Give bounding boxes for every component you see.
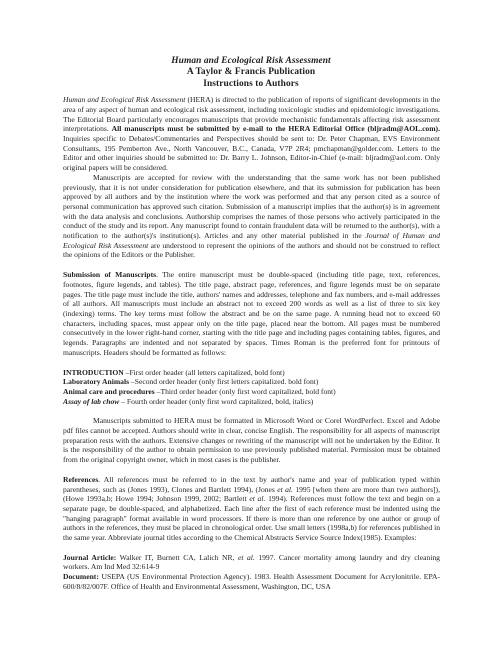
text-run: Manuscripts submitted to HERA must be fo… bbox=[63, 416, 440, 464]
text-run: – Fourth order header (only first word c… bbox=[119, 397, 313, 406]
header-example-third-order: Animal care and procedures –Third order … bbox=[63, 387, 440, 397]
document-title-block: Human and Ecological Risk Assessment A T… bbox=[0, 0, 502, 90]
review-policy-paragraph: Manuscripts are accepted for review with… bbox=[63, 173, 440, 260]
header-example-first-order: INTRODUCTION –First order header (all le… bbox=[63, 368, 440, 378]
text-run: Submission of Manuscripts bbox=[63, 270, 156, 279]
intro-paragraph: Human and Ecological Risk Assessment (HE… bbox=[63, 95, 440, 173]
text-run: Human and Ecological Risk Assessment bbox=[63, 95, 185, 104]
journal-article-example: Journal Article: Walker IT, Burnett CA, … bbox=[63, 553, 440, 572]
text-run: . The entire manuscript must be double-s… bbox=[63, 270, 440, 357]
file-format-paragraph: Manuscripts submitted to HERA must be fo… bbox=[63, 416, 440, 465]
journal-title: Human and Ecological Risk Assessment bbox=[0, 56, 502, 67]
instructions-heading: Instructions to Authors bbox=[0, 79, 502, 90]
submission-of-manuscripts-paragraph: Submission of Manuscripts. The entire ma… bbox=[63, 270, 440, 357]
document-body: Human and Ecological Risk Assessment (HE… bbox=[63, 95, 440, 591]
text-run: INTRODUCTION bbox=[63, 368, 124, 377]
text-run: Assay of lab chow bbox=[63, 397, 119, 406]
document-page: Human and Ecological Risk Assessment A T… bbox=[0, 0, 502, 649]
text-run: et al. bbox=[238, 553, 255, 562]
header-example-second-order: Laboratory Animals –Second order header … bbox=[63, 377, 440, 387]
header-example-fourth-order: Assay of lab chow – Fourth order header … bbox=[63, 397, 440, 407]
references-paragraph: References. All references must be refer… bbox=[63, 475, 440, 543]
text-run: –Second order header (only first letters… bbox=[129, 377, 318, 386]
text-run: et al. bbox=[277, 485, 293, 494]
text-run: All manuscripts must be submitted by e-m… bbox=[112, 124, 440, 133]
text-run: Journal Article: bbox=[63, 553, 116, 562]
text-run: –Third order header (only first word cap… bbox=[155, 387, 336, 396]
publisher-line: A Taylor & Francis Publication bbox=[0, 67, 502, 78]
text-run: Manuscripts are accepted for review with… bbox=[63, 173, 440, 240]
text-run: References bbox=[63, 475, 98, 484]
text-run: et al. bbox=[249, 494, 265, 503]
text-run: Inquiries specific to Debates/Commentari… bbox=[63, 134, 440, 172]
text-run: Laboratory Animals bbox=[63, 377, 129, 386]
document-example: Document: USEPA (US Environmental Protec… bbox=[63, 572, 440, 591]
text-run: Walker IT, Burnett CA, Lalich NR, bbox=[116, 553, 238, 562]
text-run: Animal care and procedures bbox=[63, 387, 155, 396]
text-run: –First order header (all letters capital… bbox=[124, 368, 285, 377]
text-run: Document: bbox=[63, 572, 99, 581]
text-run: USEPA (US Environmental Protection Agenc… bbox=[63, 572, 440, 591]
